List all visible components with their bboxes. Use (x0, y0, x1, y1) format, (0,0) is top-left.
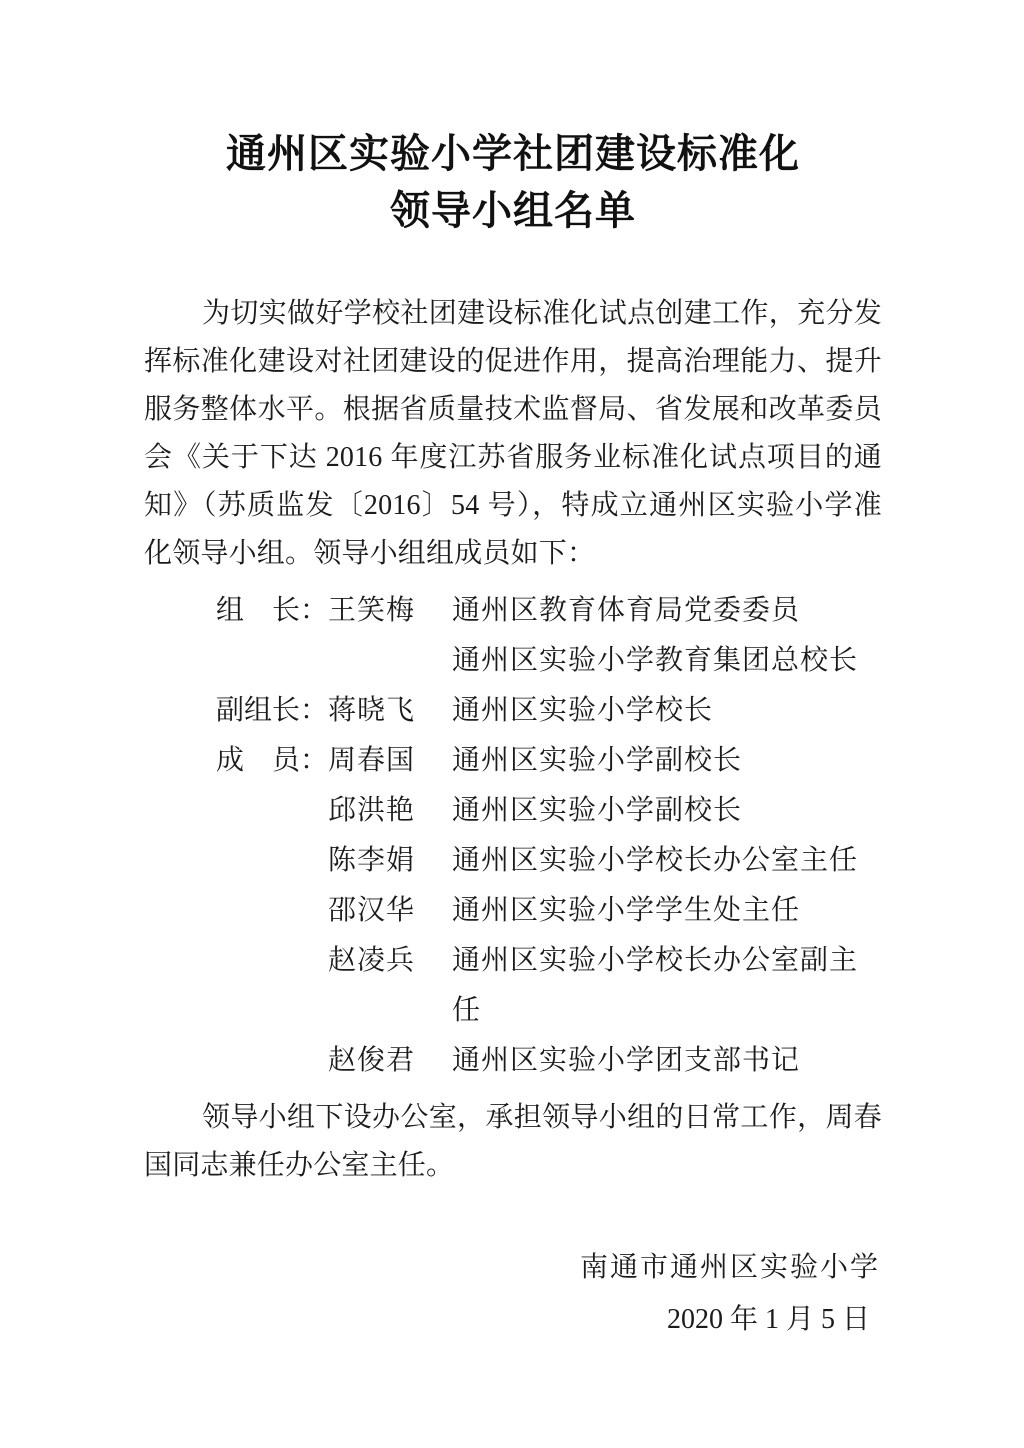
member-role: 组 长： (216, 586, 328, 636)
member-row: 成 员： 周春国 通州区实验小学副校长 (216, 736, 882, 786)
member-title: 通州区实验小学校长办公室副主任 (452, 936, 882, 1036)
signature-date: 2020 年 1 月 5 日 (144, 1294, 882, 1346)
member-title: 通州区实验小学副校长 (452, 736, 882, 786)
member-title: 通州区实验小学校长办公室主任 (452, 836, 882, 886)
member-name: 邱洪艳 (328, 786, 452, 836)
member-list: 组 长： 王笑梅 通州区教育体育局党委委员 通州区实验小学教育集团总校长 副组长… (216, 586, 882, 1086)
signature-block: 南通市通州区实验小学 2020 年 1 月 5 日 (144, 1242, 882, 1346)
member-row: 邵汉华 通州区实验小学学生处主任 (216, 886, 882, 936)
member-name: 陈李娟 (328, 836, 452, 886)
member-title: 通州区实验小学教育集团总校长 (452, 636, 882, 686)
document-page: 通州区实验小学社团建设标准化 领导小组名单 为切实做好学校社团建设标准化试点创建… (0, 0, 1024, 1448)
member-title: 通州区实验小学校长 (452, 686, 882, 736)
member-name: 王笑梅 (328, 586, 452, 636)
member-role: 成 员： (216, 736, 328, 786)
member-row: 副组长： 蒋晓飞 通州区实验小学校长 (216, 686, 882, 736)
member-name: 赵俊君 (328, 1036, 452, 1086)
title-line-1: 通州区实验小学社团建设标准化 (144, 126, 882, 183)
member-title: 通州区教育体育局党委委员 (452, 586, 882, 636)
intro-paragraph: 为切实做好学校社团建设标准化试点创建工作，充分发挥标准化建设对社团建设的促进作用… (144, 290, 882, 578)
member-row: 邱洪艳 通州区实验小学副校长 (216, 786, 882, 836)
member-row: 赵俊君 通州区实验小学团支部书记 (216, 1036, 882, 1086)
signature-org: 南通市通州区实验小学 (144, 1242, 882, 1294)
member-title: 通州区实验小学副校长 (452, 786, 882, 836)
member-row: 组 长： 王笑梅 通州区教育体育局党委委员 (216, 586, 882, 636)
member-role: 副组长： (216, 686, 328, 736)
member-title: 通州区实验小学团支部书记 (452, 1036, 882, 1086)
member-title: 通州区实验小学学生处主任 (452, 886, 882, 936)
closing-paragraph: 领导小组下设办公室，承担领导小组的日常工作，周春国同志兼任办公室主任。 (144, 1094, 882, 1190)
member-row: 通州区实验小学教育集团总校长 (216, 636, 882, 686)
title-line-2: 领导小组名单 (144, 183, 882, 240)
member-name: 蒋晓飞 (328, 686, 452, 736)
member-name: 赵凌兵 (328, 936, 452, 986)
member-row: 赵凌兵 通州区实验小学校长办公室副主任 (216, 936, 882, 1036)
member-name: 邵汉华 (328, 886, 452, 936)
document-title: 通州区实验小学社团建设标准化 领导小组名单 (144, 126, 882, 240)
member-name: 周春国 (328, 736, 452, 786)
member-row: 陈李娟 通州区实验小学校长办公室主任 (216, 836, 882, 886)
